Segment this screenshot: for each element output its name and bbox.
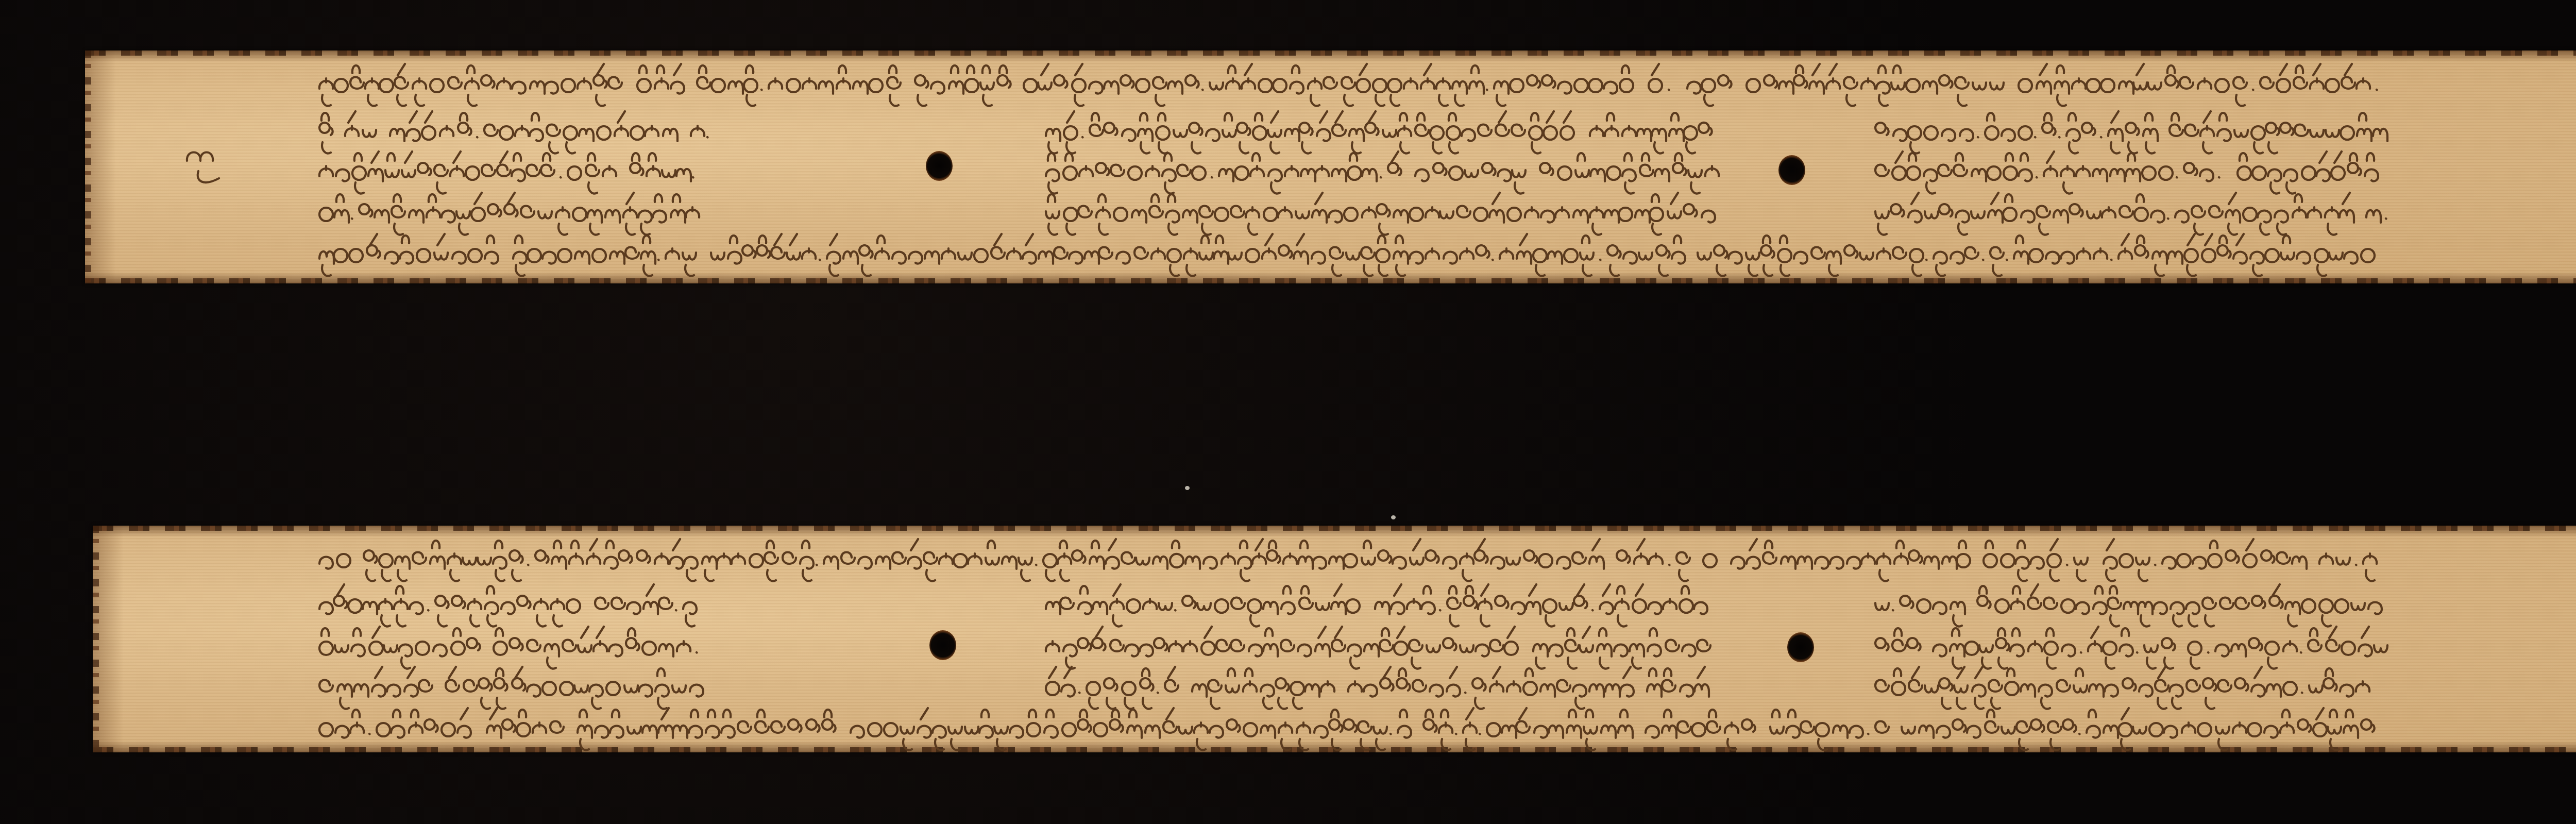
- burnt-edge-left: [85, 51, 91, 283]
- burnt-edge-top: [93, 526, 2576, 531]
- burnt-edge-top: [85, 51, 2576, 56]
- dust-speck: [1391, 515, 1396, 519]
- manuscript-text-line: Burmese script line 5 (full width): [319, 227, 2401, 289]
- string-hole-1: [929, 630, 956, 660]
- string-hole-1: [926, 151, 953, 181]
- manuscript-text-line: Burmese script line 5 (full width): [319, 701, 2401, 763]
- string-hole-2: [1787, 632, 1814, 662]
- string-hole-2: [1778, 155, 1805, 185]
- burnt-edge-left: [93, 526, 99, 752]
- dust-speck: [1185, 486, 1190, 490]
- folio-number-icon: [183, 145, 224, 192]
